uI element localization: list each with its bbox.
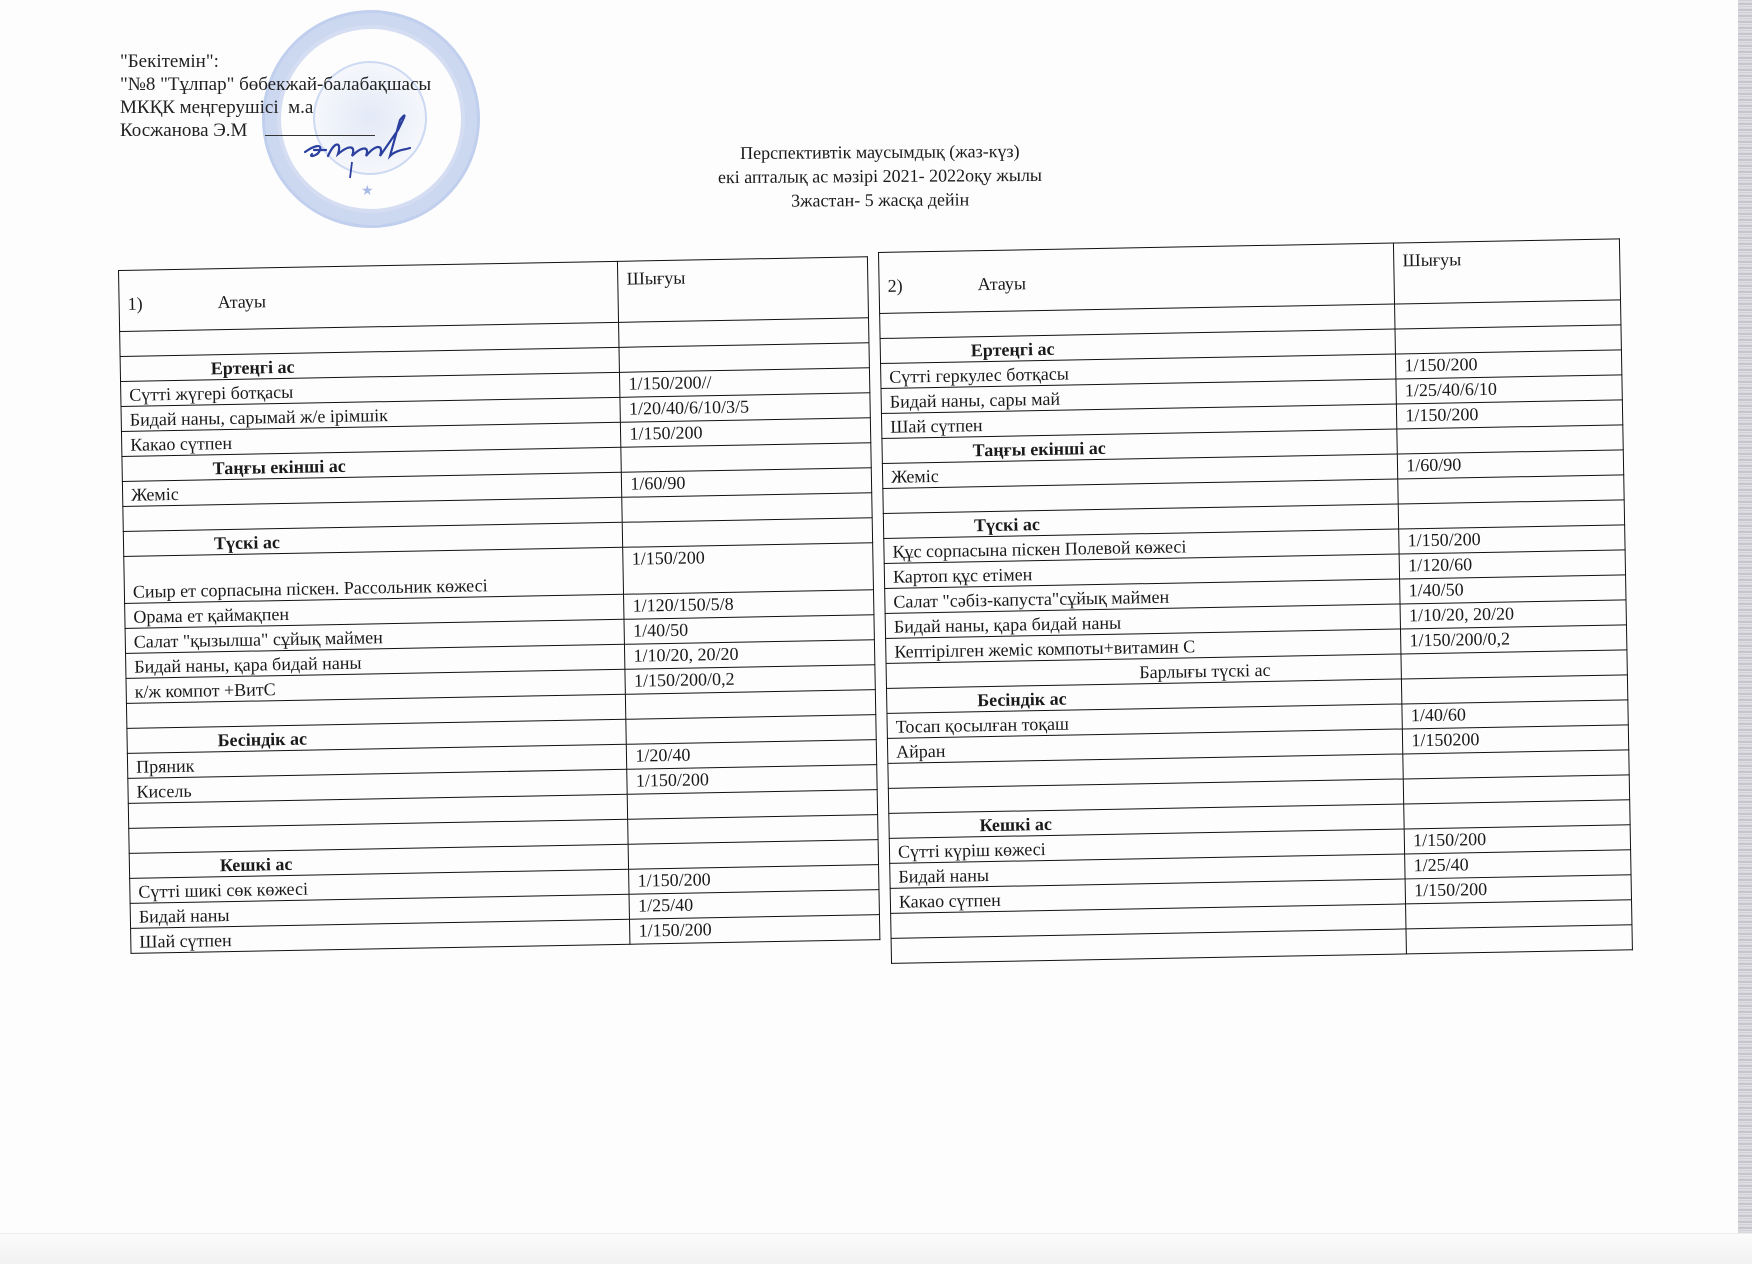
portion-output-cell — [1406, 925, 1632, 954]
menu-table-week-2: 2)АтауыШығуыЕртеңгі асСүтті геркулес бот… — [878, 238, 1633, 963]
header-name-cell: 2)Атауы — [879, 243, 1395, 313]
portion-output-cell: 1/150/200 — [630, 915, 880, 945]
approval-institution: "№8 "Тұлпар" бөбекжай-балабақшасы — [120, 73, 431, 96]
handwritten-signature-icon — [300, 100, 420, 180]
header-name-label: Атауы — [217, 291, 266, 312]
approval-heading: "Бекітемін": — [120, 50, 431, 73]
document-title: Перспективтік маусымдық (жаз-күз) екі ап… — [600, 138, 1160, 214]
scan-edge-right — [1738, 0, 1752, 1264]
header-name-cell: 1)Атауы — [119, 261, 619, 331]
table-number: 1) — [127, 291, 217, 315]
scan-edge-bottom — [0, 1233, 1752, 1264]
signatory-name: Косжанова Э.М — [120, 120, 247, 141]
table-number: 2) — [887, 273, 977, 297]
header-output-cell: Шығуы — [1394, 239, 1621, 304]
title-line-3: 3жастан- 5 жасқа дейін — [600, 186, 1160, 214]
portion-output-cell: 1/150/200 — [623, 543, 873, 595]
menu-table-week-1: 1)АтауыШығуыЕртеңгі асСүтті жүгері ботқа… — [118, 256, 880, 954]
header-name-label: Атауы — [977, 273, 1026, 294]
header-output-cell: Шығуы — [618, 257, 869, 323]
stamp-star-icon: ★ — [361, 183, 374, 200]
